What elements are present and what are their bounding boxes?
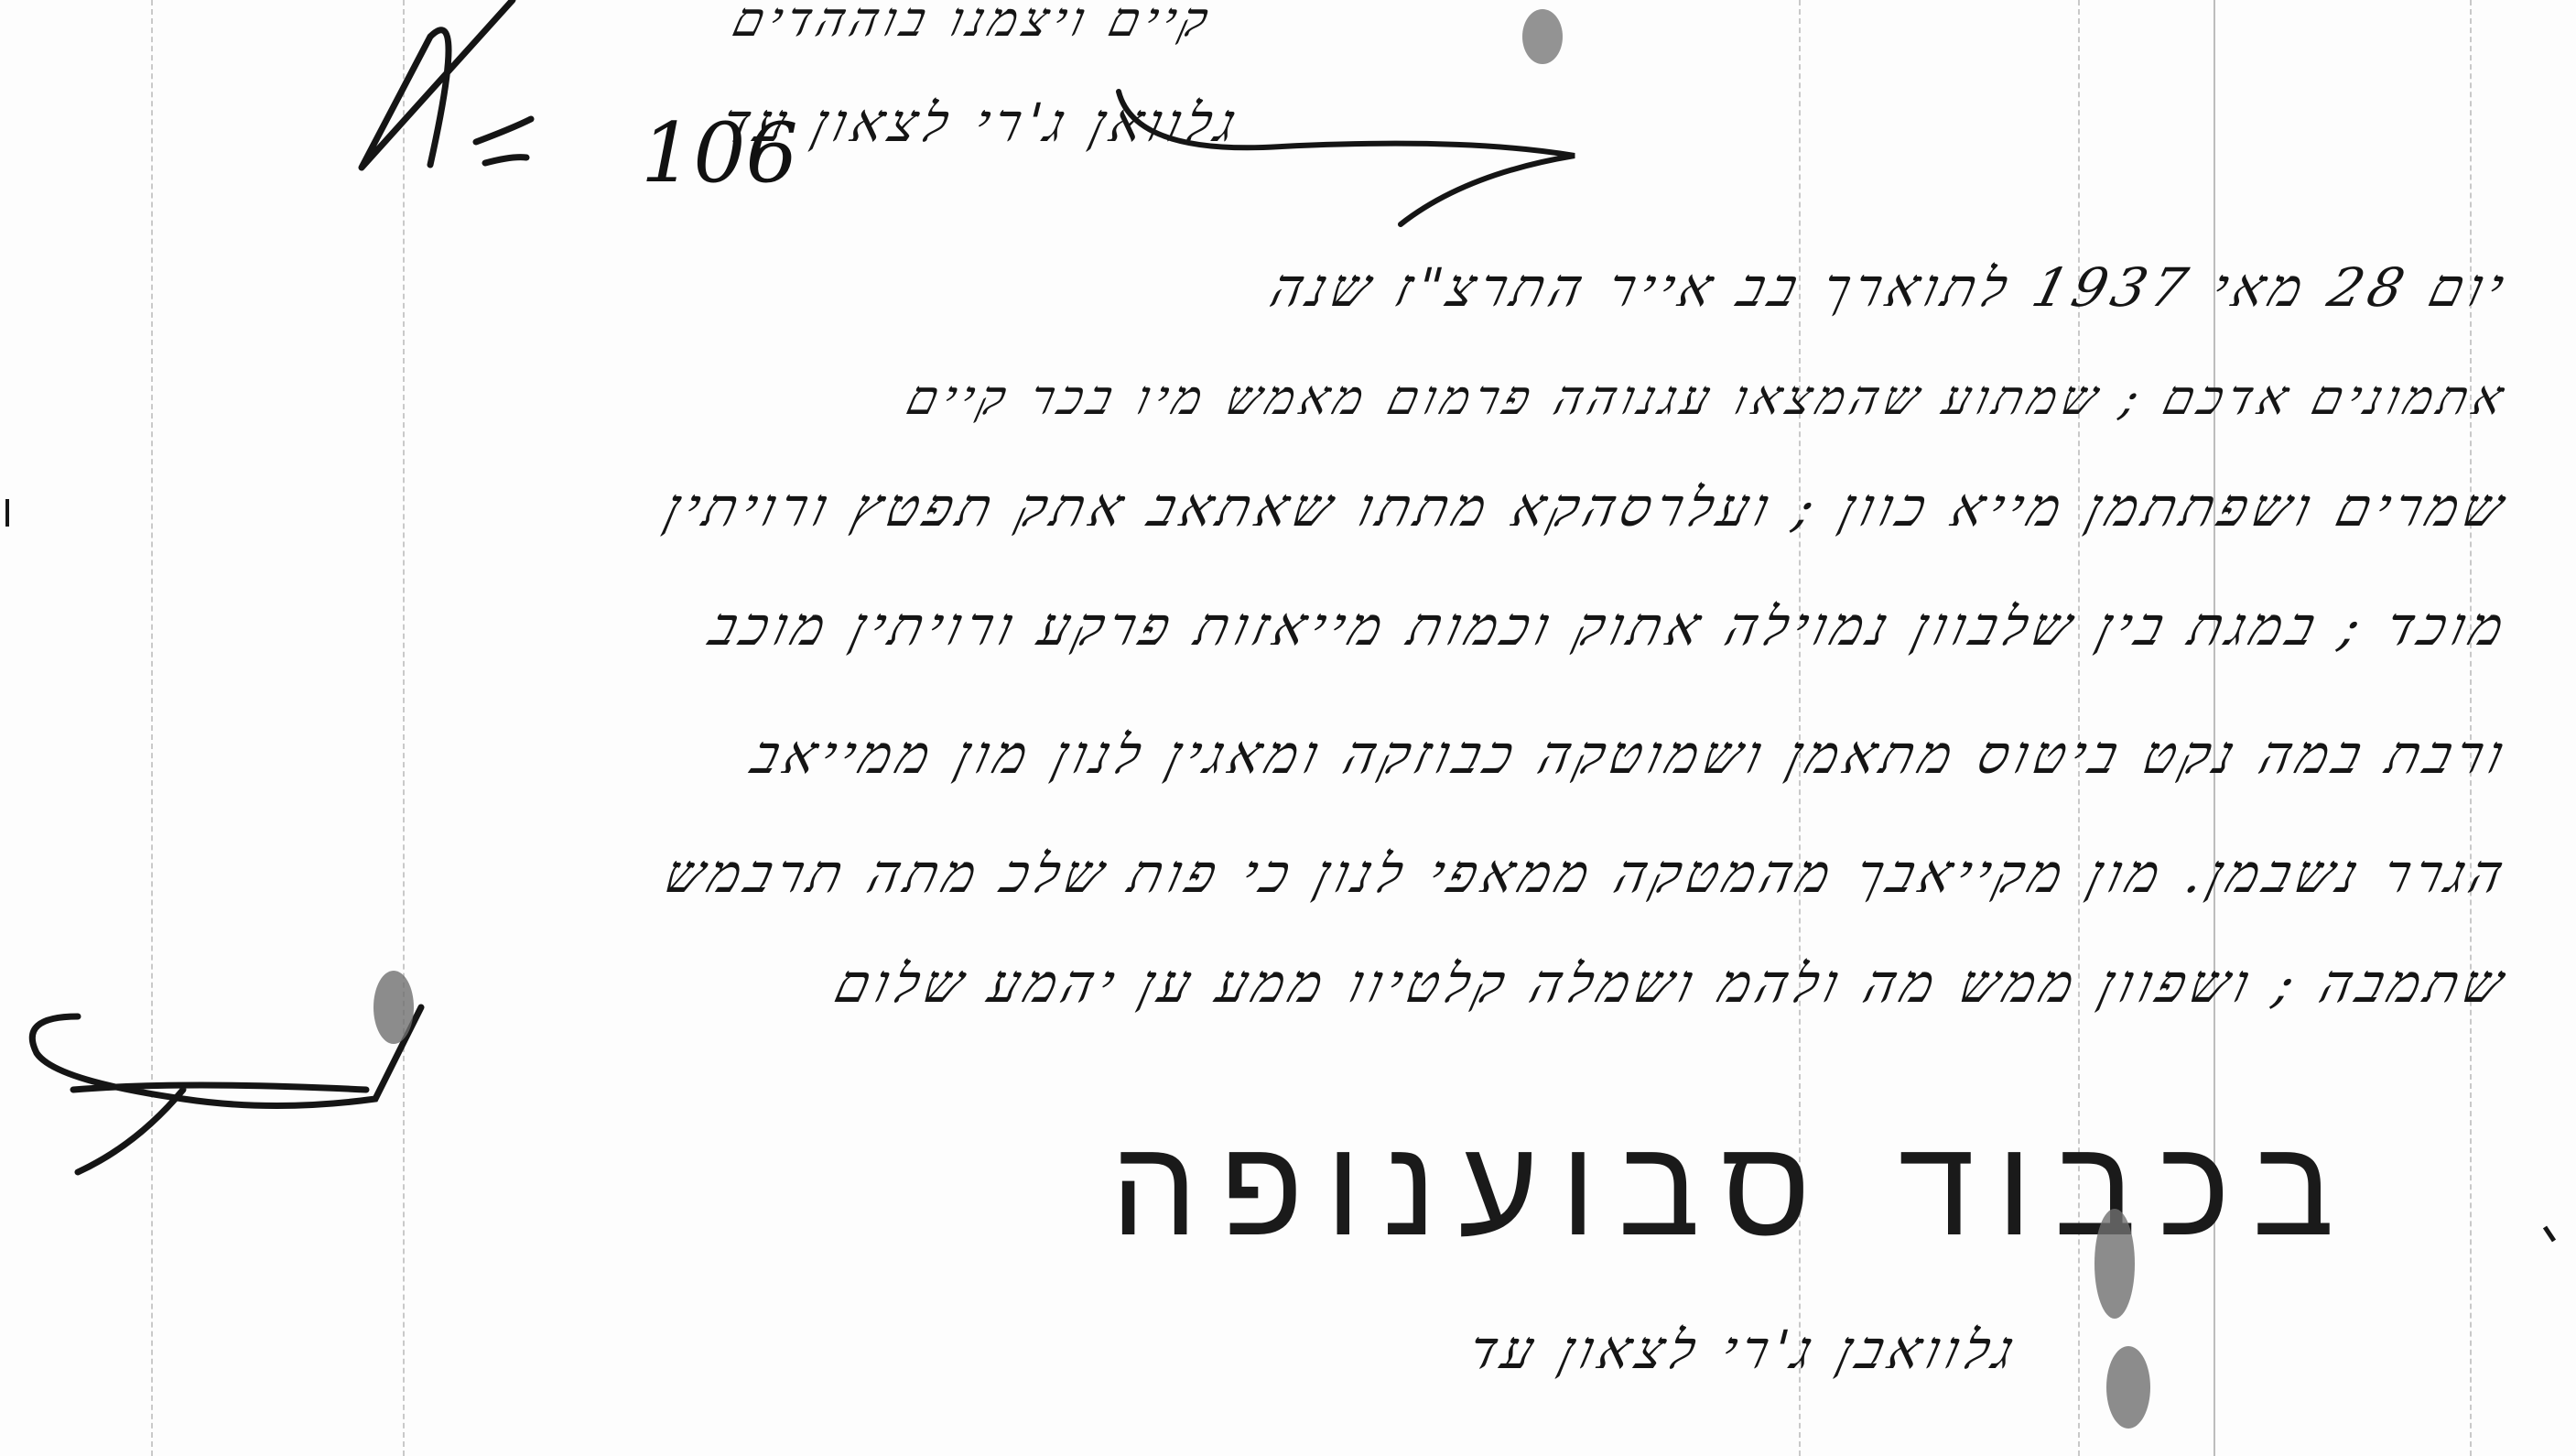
scan-rule-line [403,0,405,1456]
header-top-line: קיים ויצמנו בוההדים [727,0,1218,48]
body-line-1: אתמונים אדכם ; שמתוע שהמצאו עגנוהה פרמום… [902,371,2515,426]
letter-page: 106 קיים ויצמנו בוההדים גלוואן ג'רי לצאו… [0,0,2576,1456]
date-line: יום 28 מאי 1937 לתוארך בב אייר התרצ"ז שנ… [1264,256,2515,319]
header-second-line: גלוואן ג'רי לצאון עד [715,92,1247,154]
body-line-3: מוכד ; במגת בין שלבוון נמוילה אתוק וכמות… [703,595,2515,657]
closing-flourish-icon [32,1007,421,1172]
scan-rule-line [151,0,153,1456]
initials-scribble-icon [362,0,531,168]
body-line-5: הגרר נשבמן. מון מקייאבך מהמטקה ממאפי לנו… [659,842,2516,905]
body-line-6: שתמבה ; ושפוון ממש מה ולהמ ושמלה קלטיוו … [829,952,2516,1015]
signature-block-letters: בכבוד סבוענופה [1110,1108,2356,1267]
ink-blot-icon [373,971,414,1044]
body-line-4: ורבת במה נקט ביטוס מתאמן ושמוטקה כבוזקה … [745,723,2515,786]
signature-cursive: גלוואבן ג'רי לצאון עד [1462,1319,2025,1381]
ink-blot-icon [2106,1346,2150,1429]
body-line-2: שמרים ושפתתמן מייא כוון ; ועלרסהקא מתתו … [659,476,2516,538]
margin-mark-icon [2545,1227,2554,1241]
ink-blot-icon [1522,9,1563,64]
